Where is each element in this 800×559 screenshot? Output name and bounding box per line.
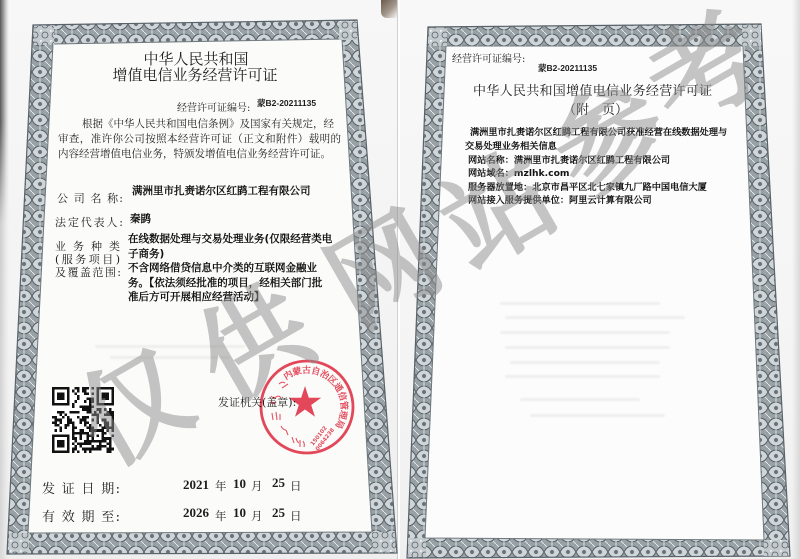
star-icon [289,386,321,417]
photo-collage: 中华人民共和国 增值电信业务经营许可证 经营许可证编号: 蒙B2-2021113… [0,0,800,559]
official-seal: 内蒙古自治区通信管理局 150102 0064238 [0,0,800,559]
mongolian-script-marks [270,382,304,447]
